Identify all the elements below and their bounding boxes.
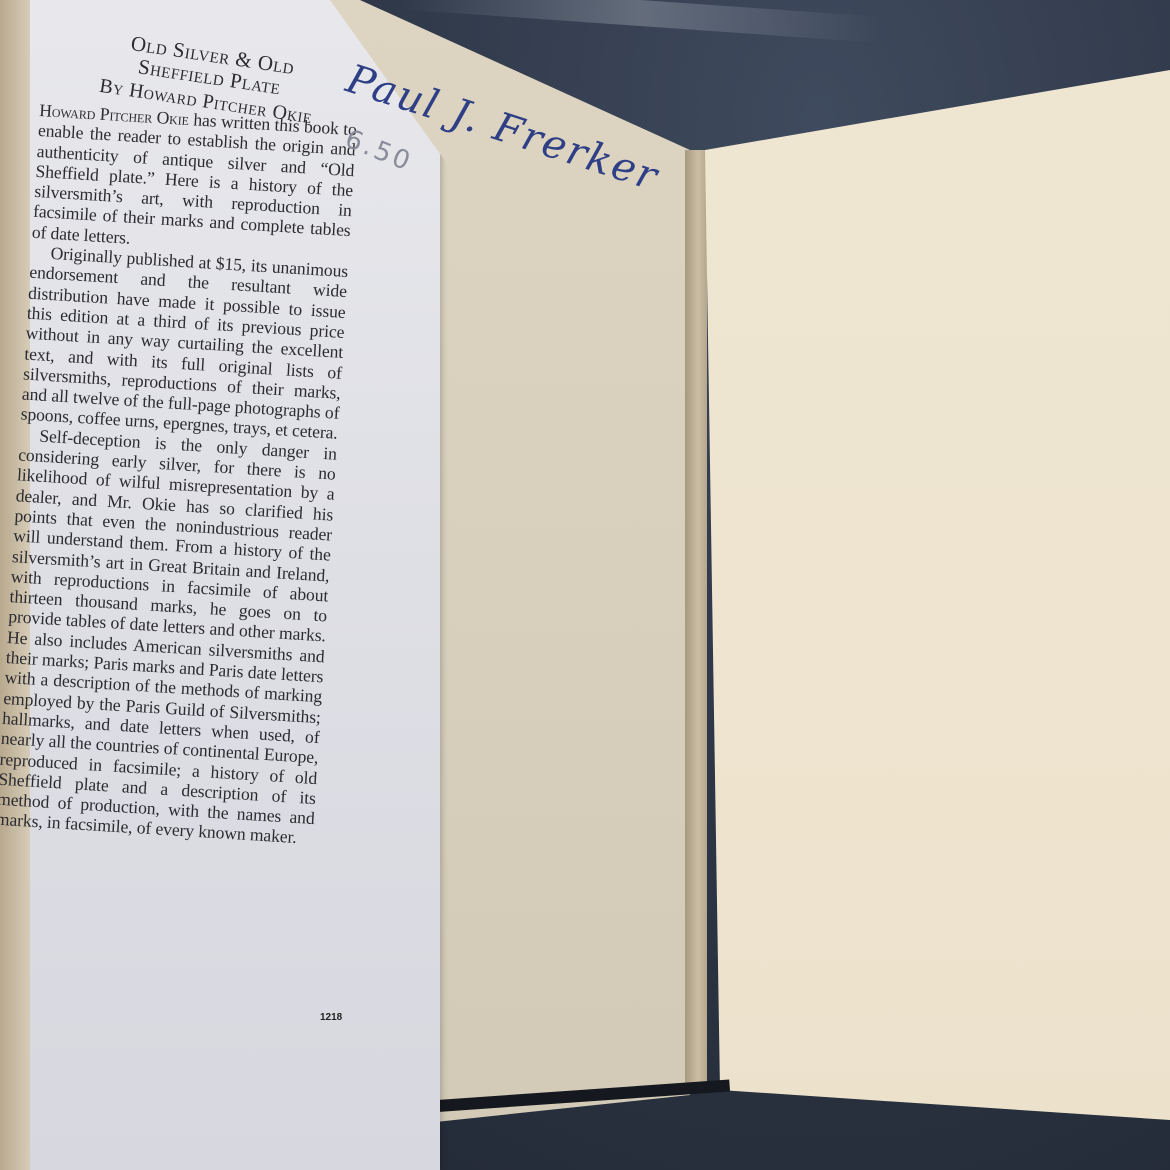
paragraph-text: Originally published at $15, its unanimo… — [20, 243, 349, 443]
flap-paragraph-2: Originally published at $15, its unanimo… — [20, 242, 349, 444]
paragraph-text: has written this book to enable the read… — [31, 109, 357, 247]
flap-description: Howard Pitcher Okie has written this boo… — [0, 100, 357, 849]
spine-gutter — [685, 150, 707, 1090]
book-photo: Old Silver & Old Sheffield Plate By Howa… — [0, 0, 1170, 1170]
jacket-flap-text: Old Silver & Old Sheffield Plate By Howa… — [30, 0, 440, 1170]
flap-paragraph-3: Self-deception is the only danger in con… — [0, 424, 338, 849]
flap-code-number: 1218 — [320, 1012, 342, 1023]
paragraph-text: Self-deception is the only danger in con… — [0, 425, 338, 847]
flap-paragraph-1: Howard Pitcher Okie has written this boo… — [31, 100, 357, 261]
